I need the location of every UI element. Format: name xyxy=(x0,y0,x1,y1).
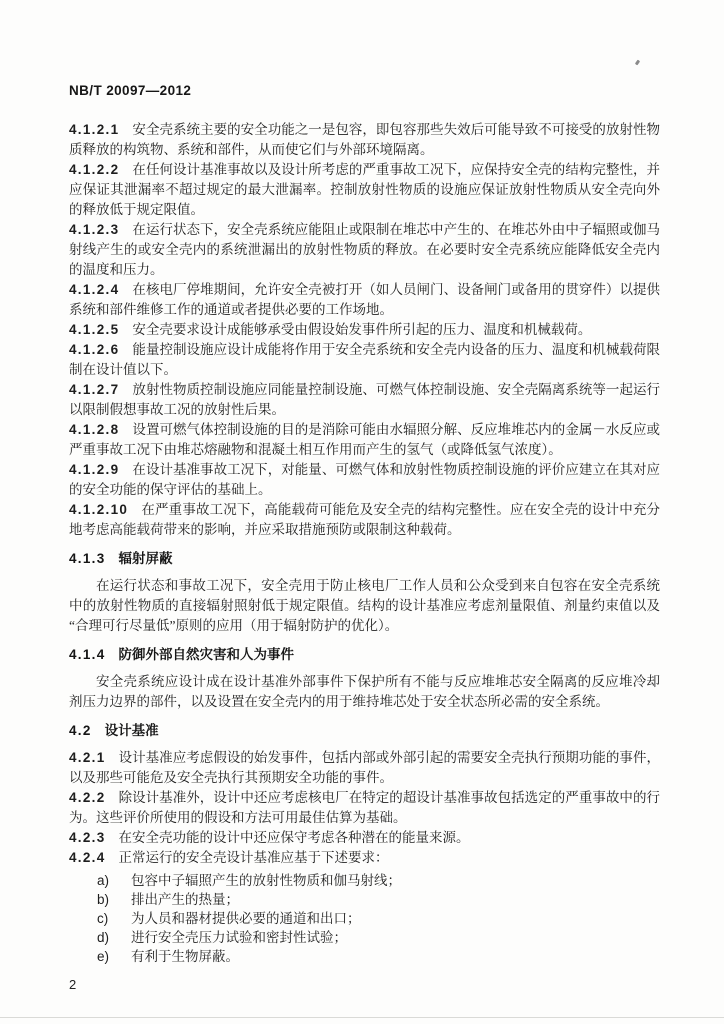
section-number: 4.1.4 xyxy=(69,647,106,662)
clause-number: 4.1.2.6 xyxy=(69,342,119,357)
standard-code-header: NB/T 20097—2012 xyxy=(69,82,660,100)
clause-text: 在设计基准事故工况下，对能量、可燃气体和放射性物质控制设施的评价应建立在其对应的… xyxy=(69,462,660,497)
clause: 4.1.2.3在运行状态下，安全壳系统应能阻止或限制在堆芯中产生的、在堆芯外由中… xyxy=(69,220,660,280)
clause-number: 4.1.2.8 xyxy=(69,422,119,437)
clause-number: 4.2.4 xyxy=(69,850,106,865)
clause: 4.1.2.4在核电厂停堆期间，允许安全壳被打开（如人员闸门、设备闸门或备用的贯… xyxy=(69,280,660,320)
section-title: 辐射屏蔽 xyxy=(119,551,173,566)
clause-text: 安全壳系统主要的安全功能之一是包容，即包容那些失效后可能导致不可接受的放射性物质… xyxy=(69,122,660,157)
clause-text: 设计基准应考虑假设的始发事件，包括内部或外部引起的需要安全壳执行预期功能的事件，… xyxy=(69,750,660,785)
clause-text: 设置可燃气体控制设施的目的是消除可能由水辐照分解、反应堆堆芯内的金属－水反应或严… xyxy=(69,422,660,457)
clause-number: 4.2.1 xyxy=(69,750,106,765)
clause-text: 在运行状态下，安全壳系统应能阻止或限制在堆芯中产生的、在堆芯外由中子辐照或伽马射… xyxy=(69,222,660,277)
clause: 4.1.2.5安全壳要求设计成能够承受由假设始发事件所引起的压力、温度和机械载荷… xyxy=(69,320,660,340)
clause-number: 4.1.2.5 xyxy=(69,322,119,337)
section-title: 防御外部自然灾害和人为事件 xyxy=(119,647,295,662)
page: NB/T 20097—2012 4.1.2.1安全壳系统主要的安全功能之一是包容… xyxy=(0,0,724,1024)
section-number: 4.2 xyxy=(69,723,92,738)
paragraph: 安全壳系统应设计成在设计基准外部事件下保护所有不能与反应堆堆芯安全隔离的反应堆冷… xyxy=(69,672,660,712)
list-item-label: e) xyxy=(97,947,118,966)
clause: 4.2.4正常运行的安全壳设计基准应基于下述要求： xyxy=(69,848,660,868)
document-body: 4.1.2.1安全壳系统主要的安全功能之一是包容，即包容那些失效后可能导致不可接… xyxy=(69,120,660,966)
page-number: 2 xyxy=(69,975,660,995)
clause-list: a)包容中子辐照产生的放射性物质和伽马射线；b)排出产生的热量；c)为人员和器材… xyxy=(69,871,660,966)
clause-text: 能量控制设施应设计成能将作用于安全壳系统和安全壳内设备的压力、温度和机械载荷限制… xyxy=(69,342,660,377)
list-item-text: 有利于生物屏蔽。 xyxy=(131,947,239,966)
list-item-text: 为人员和器材提供必要的通道和出口； xyxy=(131,909,361,928)
clause: 4.1.2.8设置可燃气体控制设施的目的是消除可能由水辐照分解、反应堆堆芯内的金… xyxy=(69,420,660,460)
clause-text: 在严重事故工况下，高能载荷可能危及安全壳的结构完整性。应在安全壳的设计中充分地考… xyxy=(69,502,660,537)
clause-text: 除设计基准外，设计中还应考虑核电厂在特定的超设计基准事故包括选定的严重事故中的行… xyxy=(69,790,660,825)
clause: 4.2.1设计基准应考虑假设的始发事件，包括内部或外部引起的需要安全壳执行预期功… xyxy=(69,748,660,788)
clause: 4.1.2.6能量控制设施应设计成能将作用于安全壳系统和安全壳内设备的压力、温度… xyxy=(69,340,660,380)
clause: 4.1.2.7放射性物质控制设施应同能量控制设施、可燃气体控制设施、安全壳隔离系… xyxy=(69,380,660,420)
section-number: 4.1.3 xyxy=(69,551,106,566)
clause-text: 正常运行的安全壳设计基准应基于下述要求： xyxy=(119,850,389,865)
clause: 4.1.2.10在严重事故工况下，高能载荷可能危及安全壳的结构完整性。应在安全壳… xyxy=(69,500,660,540)
clause-number: 4.1.2.1 xyxy=(69,122,119,137)
clause-number: 4.1.2.2 xyxy=(69,162,119,177)
list-item: e)有利于生物屏蔽。 xyxy=(69,947,660,966)
clause-text: 安全壳要求设计成能够承受由假设始发事件所引起的压力、温度和机械载荷。 xyxy=(132,322,591,337)
clause-text: 在核电厂停堆期间，允许安全壳被打开（如人员闸门、设备闸门或备用的贯穿件）以提供系… xyxy=(69,282,660,317)
list-item-label: a) xyxy=(97,871,118,890)
clause: 4.1.2.2在任何设计基准事故以及设计所考虑的严重事故工况下，应保持安全壳的结… xyxy=(69,160,660,220)
clause-text: 在任何设计基准事故以及设计所考虑的严重事故工况下，应保持安全壳的结构完整性，并应… xyxy=(69,162,660,217)
section-heading: 4.1.4防御外部自然灾害和人为事件 xyxy=(69,645,660,665)
list-item-text: 进行安全壳压力试验和密封性试验； xyxy=(131,928,347,947)
clause-number: 4.1.2.9 xyxy=(69,462,119,477)
paragraph: 在运行状态和事故工况下，安全壳用于防止核电厂工作人员和公众受到来自包容在安全壳系… xyxy=(69,576,660,636)
clause-number: 4.1.2.4 xyxy=(69,282,119,297)
clause-number: 4.2.2 xyxy=(69,790,106,805)
clause-text: 在安全壳功能的设计中还应保守考虑各种潜在的能量来源。 xyxy=(119,830,470,845)
clause-number: 4.1.2.10 xyxy=(69,502,128,517)
scan-speckle xyxy=(635,60,640,66)
scan-edge-line xyxy=(0,1017,724,1018)
list-item: d)进行安全壳压力试验和密封性试验； xyxy=(69,928,660,947)
clause-number: 4.1.2.3 xyxy=(69,222,119,237)
clause-number: 4.2.3 xyxy=(69,830,106,845)
list-item: c)为人员和器材提供必要的通道和出口； xyxy=(69,909,660,928)
clause-text: 放射性物质控制设施应同能量控制设施、可燃气体控制设施、安全壳隔离系统等一起运行以… xyxy=(69,382,660,417)
clause-number: 4.1.2.7 xyxy=(69,382,119,397)
section-heading: 4.1.3辐射屏蔽 xyxy=(69,549,660,569)
list-item-label: d) xyxy=(97,928,118,947)
list-item-text: 包容中子辐照产生的放射性物质和伽马射线； xyxy=(131,871,401,890)
clause: 4.1.2.1安全壳系统主要的安全功能之一是包容，即包容那些失效后可能导致不可接… xyxy=(69,120,660,160)
list-item-label: c) xyxy=(97,909,118,928)
section-title: 设计基准 xyxy=(105,723,159,738)
section-heading: 4.2设计基准 xyxy=(69,721,660,741)
list-item-text: 排出产生的热量； xyxy=(131,890,239,909)
clause: 4.2.2除设计基准外，设计中还应考虑核电厂在特定的超设计基准事故包括选定的严重… xyxy=(69,788,660,828)
clause: 4.1.2.9在设计基准事故工况下，对能量、可燃气体和放射性物质控制设施的评价应… xyxy=(69,460,660,500)
list-item: a)包容中子辐照产生的放射性物质和伽马射线； xyxy=(69,871,660,890)
list-item: b)排出产生的热量； xyxy=(69,890,660,909)
list-item-label: b) xyxy=(97,890,118,909)
clause: 4.2.3在安全壳功能的设计中还应保守考虑各种潜在的能量来源。 xyxy=(69,828,660,848)
